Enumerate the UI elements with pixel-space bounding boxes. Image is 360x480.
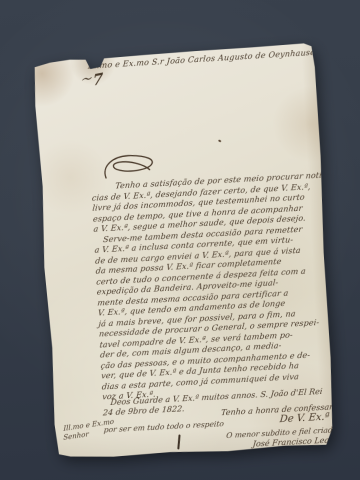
archival-number-mark: 7 bbox=[83, 69, 103, 91]
letter-heading: Ill.mo e Ex.mo S.r João Carlos Augusto d… bbox=[88, 49, 301, 71]
de-ve-line: De V. Ex.ª bbox=[279, 412, 330, 426]
respect-line: por ser em tudo todo o respeito bbox=[103, 419, 224, 434]
ink-speck bbox=[218, 139, 222, 142]
letter-paper-wrapper: Ill.mo e Ex.mo S.r João Carlos Augusto d… bbox=[30, 43, 337, 461]
ink-stroke-mark bbox=[177, 434, 180, 449]
photo-background: Ill.mo e Ex.mo S.r João Carlos Augusto d… bbox=[0, 0, 360, 480]
letter-paper: Ill.mo e Ex.mo S.r João Carlos Augusto d… bbox=[30, 43, 337, 461]
addressee-note: Ill.mo e Ex.mo Senhor bbox=[63, 418, 114, 442]
letter-body: Tenho a satisfação de por este meio proc… bbox=[90, 171, 327, 403]
